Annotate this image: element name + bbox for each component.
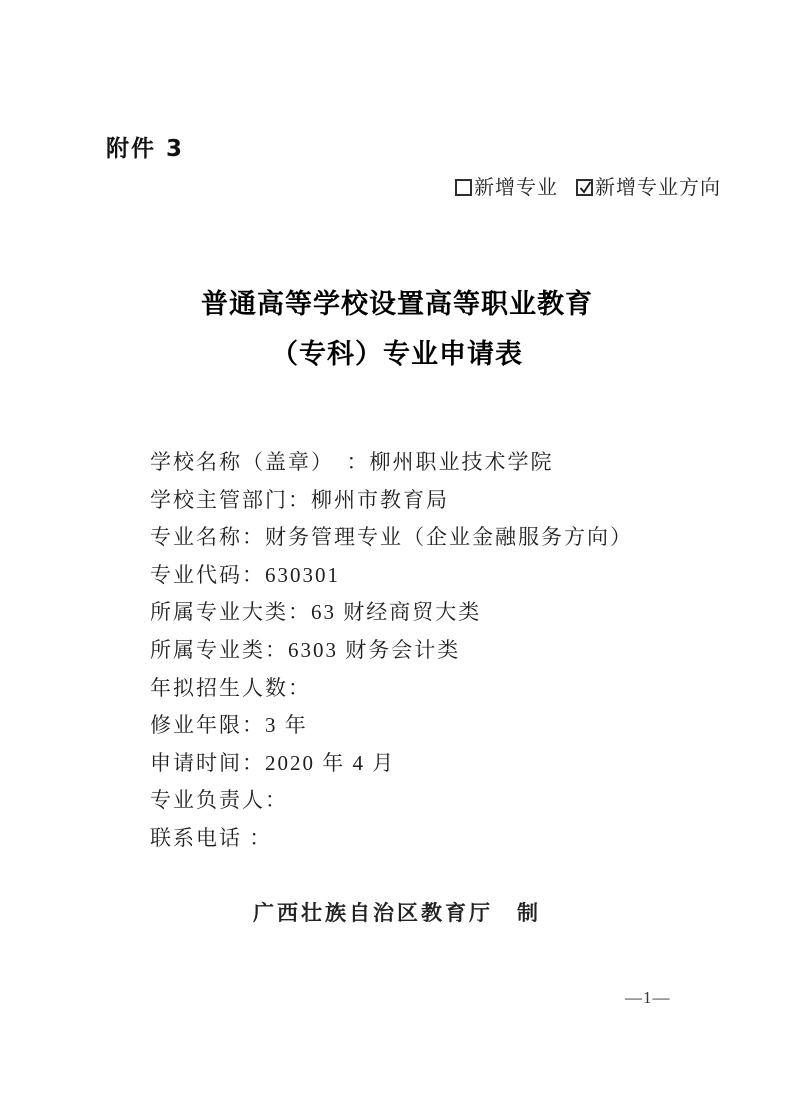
field-major-subcategory: 所属专业类：6303 财务会计类 [150,632,633,670]
field-label: 学校主管部门： [150,488,311,512]
field-value: 3 年 [265,713,308,737]
field-label: 修业年限： [150,713,265,737]
field-value: 柳州职业技术学院 [370,450,554,474]
field-label: 专业代码： [150,563,265,587]
field-school-name: 学校名称（盖章） ：柳州职业技术学院 [150,444,633,482]
check-mark-icon [578,180,593,195]
checkbox-empty-icon[interactable] [455,179,472,196]
field-value: 柳州市教育局 [311,488,449,512]
field-label: 所属专业大类： [150,600,311,624]
field-major-leader: 专业负责人： [150,782,633,820]
major-type-declaration: 新增专业 新增专业方向 [455,171,721,200]
field-school-authority: 学校主管部门：柳州市教育局 [150,482,633,520]
option-new-major-direction: 新增专业方向 [576,171,721,200]
document-title-line2: （专科）专业申请表 [0,330,794,380]
page-number: —1— [625,988,671,1008]
field-label: 所属专业类： [150,638,288,662]
option-new-major-direction-label: 新增专业方向 [595,177,721,199]
field-label: 学校名称（盖章） ： [150,450,370,474]
document-page: 附件 3 新增专业 新增专业方向 普通高等学校设置高等职业教育 （专科）专业申请… [0,0,794,1108]
field-label: 申请时间： [150,751,265,775]
document-title-line1: 普通高等学校设置高等职业教育 [0,280,794,330]
issuer-line: 广西壮族自治区教育厅 制 [0,897,794,927]
field-label: 年拟招生人数： [150,676,311,700]
field-study-duration: 修业年限：3 年 [150,707,633,745]
field-value: 2020 年 4 月 [265,751,395,775]
attachment-label: 附件 3 [106,130,184,163]
option-new-major-label: 新增专业 [474,177,558,199]
option-new-major: 新增专业 [455,171,558,200]
field-value: 63 财经商贸大类 [311,600,481,624]
field-value: 财务管理专业（企业金融服务方向） [265,525,633,549]
document-title: 普通高等学校设置高等职业教育 （专科）专业申请表 [0,280,794,380]
field-value: 630301 [265,563,340,587]
field-value: 6303 财务会计类 [288,638,460,662]
field-application-date: 申请时间：2020 年 4 月 [150,745,633,783]
field-contact-phone: 联系电话 ： [150,820,633,858]
field-annual-enrollment: 年拟招生人数： [150,670,633,708]
field-major-category: 所属专业大类：63 财经商贸大类 [150,594,633,632]
field-major-code: 专业代码：630301 [150,557,633,595]
form-fields: 学校名称（盖章） ：柳州职业技术学院 学校主管部门：柳州市教育局 专业名称：财务… [150,444,633,858]
field-label: 专业负责人： [150,788,288,812]
field-label: 专业名称： [150,525,265,549]
checkbox-checked-icon[interactable] [576,179,593,196]
field-label: 联系电话 ： [150,826,272,850]
field-major-name: 专业名称：财务管理专业（企业金融服务方向） [150,519,633,557]
